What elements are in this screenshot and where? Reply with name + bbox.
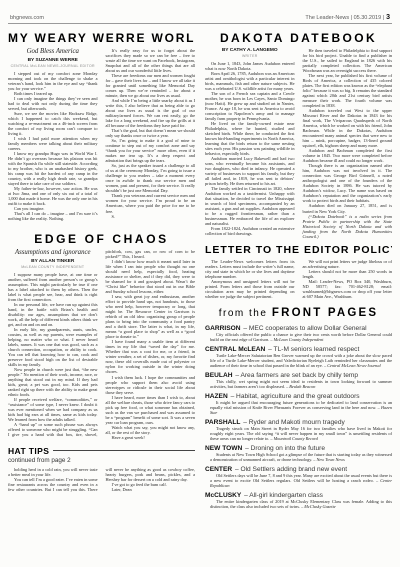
entry-source: – Central McLean News-Journal bbox=[324, 363, 381, 368]
paragraph: The family settled in Cincinnati in 1820… bbox=[205, 186, 295, 226]
edge-headline: EDGE OF CHAOS bbox=[8, 232, 195, 246]
edge-byline-block: Assumptions and ignorance BY ALLAN TINKE… bbox=[8, 249, 98, 269]
paragraph: Letters should not be more than 250 word… bbox=[303, 269, 393, 279]
paragraph: Audubon and Bachman completed the first … bbox=[303, 148, 393, 163]
page-number: 3 bbox=[386, 14, 390, 21]
paragraph: That’s the goal, but that doesn’t mean w… bbox=[106, 128, 196, 138]
entry-town: PARSHALL bbox=[205, 419, 240, 426]
article-my-weary-werre-world: MY WEARY WERRE WORLD God Bless America B… bbox=[8, 29, 195, 221]
entry-title: – MEC cooperates to allow Dollar General bbox=[243, 325, 366, 332]
paragraph: In early life, my grandparents, aunts, u… bbox=[8, 327, 98, 367]
page-columns: MY WEARY WERRE WORLD God Bless America B… bbox=[8, 29, 392, 513]
paragraph: I wish them luck. I hope the communities… bbox=[106, 375, 196, 395]
paragraph: Mail: Leader-News, PO Box 340, Washburn,… bbox=[303, 279, 393, 299]
entry-title: – Ryder and Makoti mourn tragedy bbox=[243, 419, 345, 426]
front-pages-entry: HAZEN – Habitat, agriculture and the gre… bbox=[205, 393, 392, 416]
paragraph: Now people in church were just that, “th… bbox=[8, 367, 98, 397]
entry-town: HAZEN bbox=[205, 393, 228, 400]
entry-summary: This chilly, wet spring might not seem i… bbox=[205, 380, 392, 390]
datebook-body: BY CATHY A. LANGEMO WRITER On June 1, 18… bbox=[205, 48, 392, 239]
paragraph: Later, Dean bbox=[106, 487, 196, 492]
paragraph: And while I’m being a little snarky abou… bbox=[106, 98, 196, 128]
entry-title: – All-girl kindergarten class bbox=[244, 492, 323, 499]
paragraph: So, just as the speaker issued a challen… bbox=[106, 163, 196, 193]
entry-source: – Beulah Beacon bbox=[286, 384, 315, 389]
article-letter-policy: LETTER TO THE EDITOR POLICY The Leader-N… bbox=[205, 239, 392, 299]
front-pages-prefix: from the bbox=[219, 308, 268, 319]
front-pages-entry: GARRISON – MEC cooperates to allow Dolla… bbox=[205, 325, 392, 343]
masthead: bhgnews.com The Leader-News | 05.30.2019… bbox=[8, 14, 392, 23]
article-dakota-datebook: DAKOTA DATEBOOK BY CATHY A. LANGEMO WRIT… bbox=[205, 29, 392, 239]
paragraph: Though there is an organization named af… bbox=[303, 163, 393, 203]
masthead-rule bbox=[8, 23, 392, 24]
front-pages-list: GARRISON – MEC cooperates to allow Dolla… bbox=[205, 325, 392, 511]
edge-byline-title: McLEAN COUNTY INDEPENDENT bbox=[8, 265, 98, 269]
paragraph: Anonymous and unsigned letters will not … bbox=[205, 279, 295, 299]
entry-title: – Habitat, agriculture and the great out… bbox=[231, 393, 360, 400]
paragraph: Watch what you say, you might not know a… bbox=[106, 425, 196, 435]
paragraph: Audubon died on January 27, 1851, and is… bbox=[303, 203, 393, 213]
entry-summary-text: Old Settlers days will be June 7, 8 and … bbox=[210, 473, 392, 483]
entry-source: – McClusky Gazette bbox=[301, 504, 336, 509]
paragraph: We will not print letters we judge libel… bbox=[303, 259, 393, 269]
paragraph: Sure, we see the movies like Hacksaw Rid… bbox=[8, 111, 98, 136]
paragraph: I didn’t know how much it meant until la… bbox=[106, 259, 196, 294]
entry-summary: Old Settlers days will be June 7, 8 and … bbox=[205, 474, 392, 489]
edition-info: The Leader-News | 05.30.2019 |3 bbox=[305, 14, 390, 21]
weary-byline-title: CENTRAL McLEAN NEWS-JOURNAL EDITOR bbox=[8, 64, 98, 68]
paragraph: That’s all I can do – imagine – and I’m … bbox=[8, 211, 98, 221]
entry-summary-text: Students at New Town High School got a g… bbox=[210, 452, 392, 462]
paragraph: From 1822-1824, Audubon created an exten… bbox=[205, 226, 295, 236]
paragraph: I have found many a usable item at diffe… bbox=[106, 339, 196, 374]
article-edge-of-chaos: EDGE OF CHAOS Assumptions and ignorance … bbox=[8, 226, 195, 440]
entry-title: – Old Settlers adding brand new event bbox=[235, 466, 347, 473]
entry-title: – Droning on into the future bbox=[245, 445, 325, 452]
paragraph: I know my grandpa Hugo was in World War … bbox=[8, 151, 98, 186]
front-pages-entry: CENTER – Old Settlers adding brand new e… bbox=[205, 466, 392, 489]
paragraph: My father-in-law, however, saw action. H… bbox=[8, 186, 98, 206]
paragraph: holding herd in a cold rain, you will ne… bbox=[8, 467, 98, 477]
paragraph: S. bbox=[106, 214, 196, 219]
right-half: DAKOTA DATEBOOK BY CATHY A. LANGEMO WRIT… bbox=[205, 29, 392, 513]
entry-summary-text: It might be argued that encouraging futu… bbox=[210, 400, 392, 410]
entry-title: – TL-M seniors learned respect bbox=[268, 346, 359, 353]
edition-text: The Leader-News | 05.30.2019 | bbox=[305, 15, 384, 21]
entry-town: McCLUSKY bbox=[205, 492, 241, 499]
paragraph: Thank you veterans and current service m… bbox=[106, 193, 196, 213]
letter-policy-body: The Leader-News welcomes letters from it… bbox=[205, 259, 392, 299]
entry-town: CENTRAL McLEAN bbox=[205, 346, 265, 353]
paragraph: I stepped out of my comfort zone Monday … bbox=[8, 71, 98, 91]
paragraph: It’s really easy for us to forget about … bbox=[106, 48, 196, 73]
hat-tips-body: holding herd in a cold rain, you will ne… bbox=[8, 467, 195, 492]
front-pages-entry: McCLUSKY – All-girl kindergarten class T… bbox=[205, 492, 392, 510]
weary-subhead: God Bless America bbox=[8, 48, 98, 56]
paragraph: These are freedoms our men and women fou… bbox=[106, 73, 196, 98]
entry-source: – Mountrail County Record bbox=[270, 436, 317, 441]
paragraph: I can only imagine the things they’ve se… bbox=[8, 96, 98, 111]
front-pages-entry: CENTRAL McLEAN – TL-M seniors learned re… bbox=[205, 346, 392, 369]
weary-headline: MY WEARY WERRE WORLD bbox=[8, 31, 195, 45]
front-pages-entry: PARSHALL – Ryder and Makoti mourn traged… bbox=[205, 419, 392, 442]
paragraph: The next year, he published his first vo… bbox=[303, 73, 393, 108]
front-pages-entry: BEULAH – Area farmers are set back by ch… bbox=[205, 372, 392, 390]
paragraph: I wish I had paid more attention when my… bbox=[8, 136, 98, 151]
edge-subhead: Assumptions and ignorance bbox=[8, 249, 98, 257]
entry-summary: Turtle Lake-Mercer Salutatorian Ben Grov… bbox=[205, 354, 392, 369]
hat-tips-header: HAT TIPS bbox=[8, 446, 195, 456]
letter-policy-headline: LETTER TO THE EDITOR POLICY bbox=[205, 244, 392, 256]
entry-town: GARRISON bbox=[205, 325, 241, 332]
paragraph: I suppose many people have, at one time … bbox=[8, 272, 98, 302]
weary-body: God Bless America BY SUZANNE WERRE CENTR… bbox=[8, 48, 195, 221]
hat-tips-title: HAT TIPS bbox=[8, 446, 49, 456]
paragraph: He lived on the family-owned estate near… bbox=[205, 121, 295, 156]
paragraph: If people received welfare, “commodities… bbox=[8, 397, 98, 422]
paragraph: I saw, with great joy and enthusiasm, an… bbox=[106, 294, 196, 339]
paragraph: Audubon married Lucy Bakewell and had tw… bbox=[205, 156, 295, 186]
entry-town: BEULAH bbox=[205, 372, 232, 379]
paragraph: The Leader-News welcomes letters from it… bbox=[205, 259, 295, 279]
weary-byline-block: God Bless America BY SUZANNE WERRE CENTR… bbox=[8, 48, 98, 68]
entry-summary: Students at New Town High School got a g… bbox=[205, 453, 392, 463]
entry-summary: Tragedy struck on Main Street in Ryder M… bbox=[205, 427, 392, 442]
entry-source: – New Town News bbox=[313, 457, 344, 462]
entry-summary: It might be argued that encouraging futu… bbox=[205, 401, 392, 416]
paragraph: He then traveled to Philadelphia to find… bbox=[303, 48, 393, 73]
left-half: MY WEARY WERRE WORLD God Bless America B… bbox=[8, 29, 195, 513]
datebook-byline-title: WRITER bbox=[205, 54, 295, 58]
entry-town: NEW TOWN bbox=[205, 445, 242, 452]
article-hat-tips: HAT TIPS continued from page 2 holding h… bbox=[8, 440, 195, 492]
front-pages-entry: NEW TOWN – Droning on into the future St… bbox=[205, 445, 392, 463]
front-pages-header: from the FRONT PAGES bbox=[205, 303, 392, 321]
paragraph: The son of a French sea captain and a Cr… bbox=[205, 91, 295, 121]
newspaper-page: bhgnews.com The Leader-News | 05.30.2019… bbox=[0, 0, 400, 567]
paragraph: I have heard, more times than I wish to,… bbox=[106, 395, 196, 425]
paragraph: So, I’m going to make it a goal of mine … bbox=[106, 138, 196, 163]
entry-town: CENTER bbox=[205, 466, 232, 473]
edge-body: Assumptions and ignorance BY ALLAN TINKE… bbox=[8, 249, 195, 440]
entry-source: – McLean County Independent bbox=[270, 337, 323, 342]
paragraph: In our personal life, we have run up aga… bbox=[8, 302, 98, 327]
entry-title: – Area farmers are set back by chilly te… bbox=[235, 372, 358, 379]
datebook-credit: (“Dakota Datebook” is a radio series fro… bbox=[303, 214, 393, 239]
front-pages-section: from the FRONT PAGES GARRISON – MEC coop… bbox=[205, 299, 392, 514]
datebook-headline: DAKOTA DATEBOOK bbox=[205, 31, 392, 45]
datebook-byline-block: BY CATHY A. LANGEMO WRITER bbox=[205, 48, 295, 58]
entry-summary: City officials offered the public a chan… bbox=[205, 333, 392, 343]
site-url: bhgnews.com bbox=[10, 15, 44, 21]
hat-tips-rule bbox=[53, 450, 195, 451]
paragraph: On June 1, 1843, John James Audubon ente… bbox=[205, 61, 295, 71]
front-pages-title: FRONT PAGES bbox=[272, 307, 378, 319]
paragraph: Born April 26, 1785, Audubon was an Amer… bbox=[205, 71, 295, 91]
paragraph: Audubon traveled out West to the upper M… bbox=[303, 108, 393, 148]
entry-summary: The entire kindergarten class of 2019 at… bbox=[205, 500, 392, 510]
hat-tips-continued: continued from page 2 bbox=[8, 457, 195, 464]
